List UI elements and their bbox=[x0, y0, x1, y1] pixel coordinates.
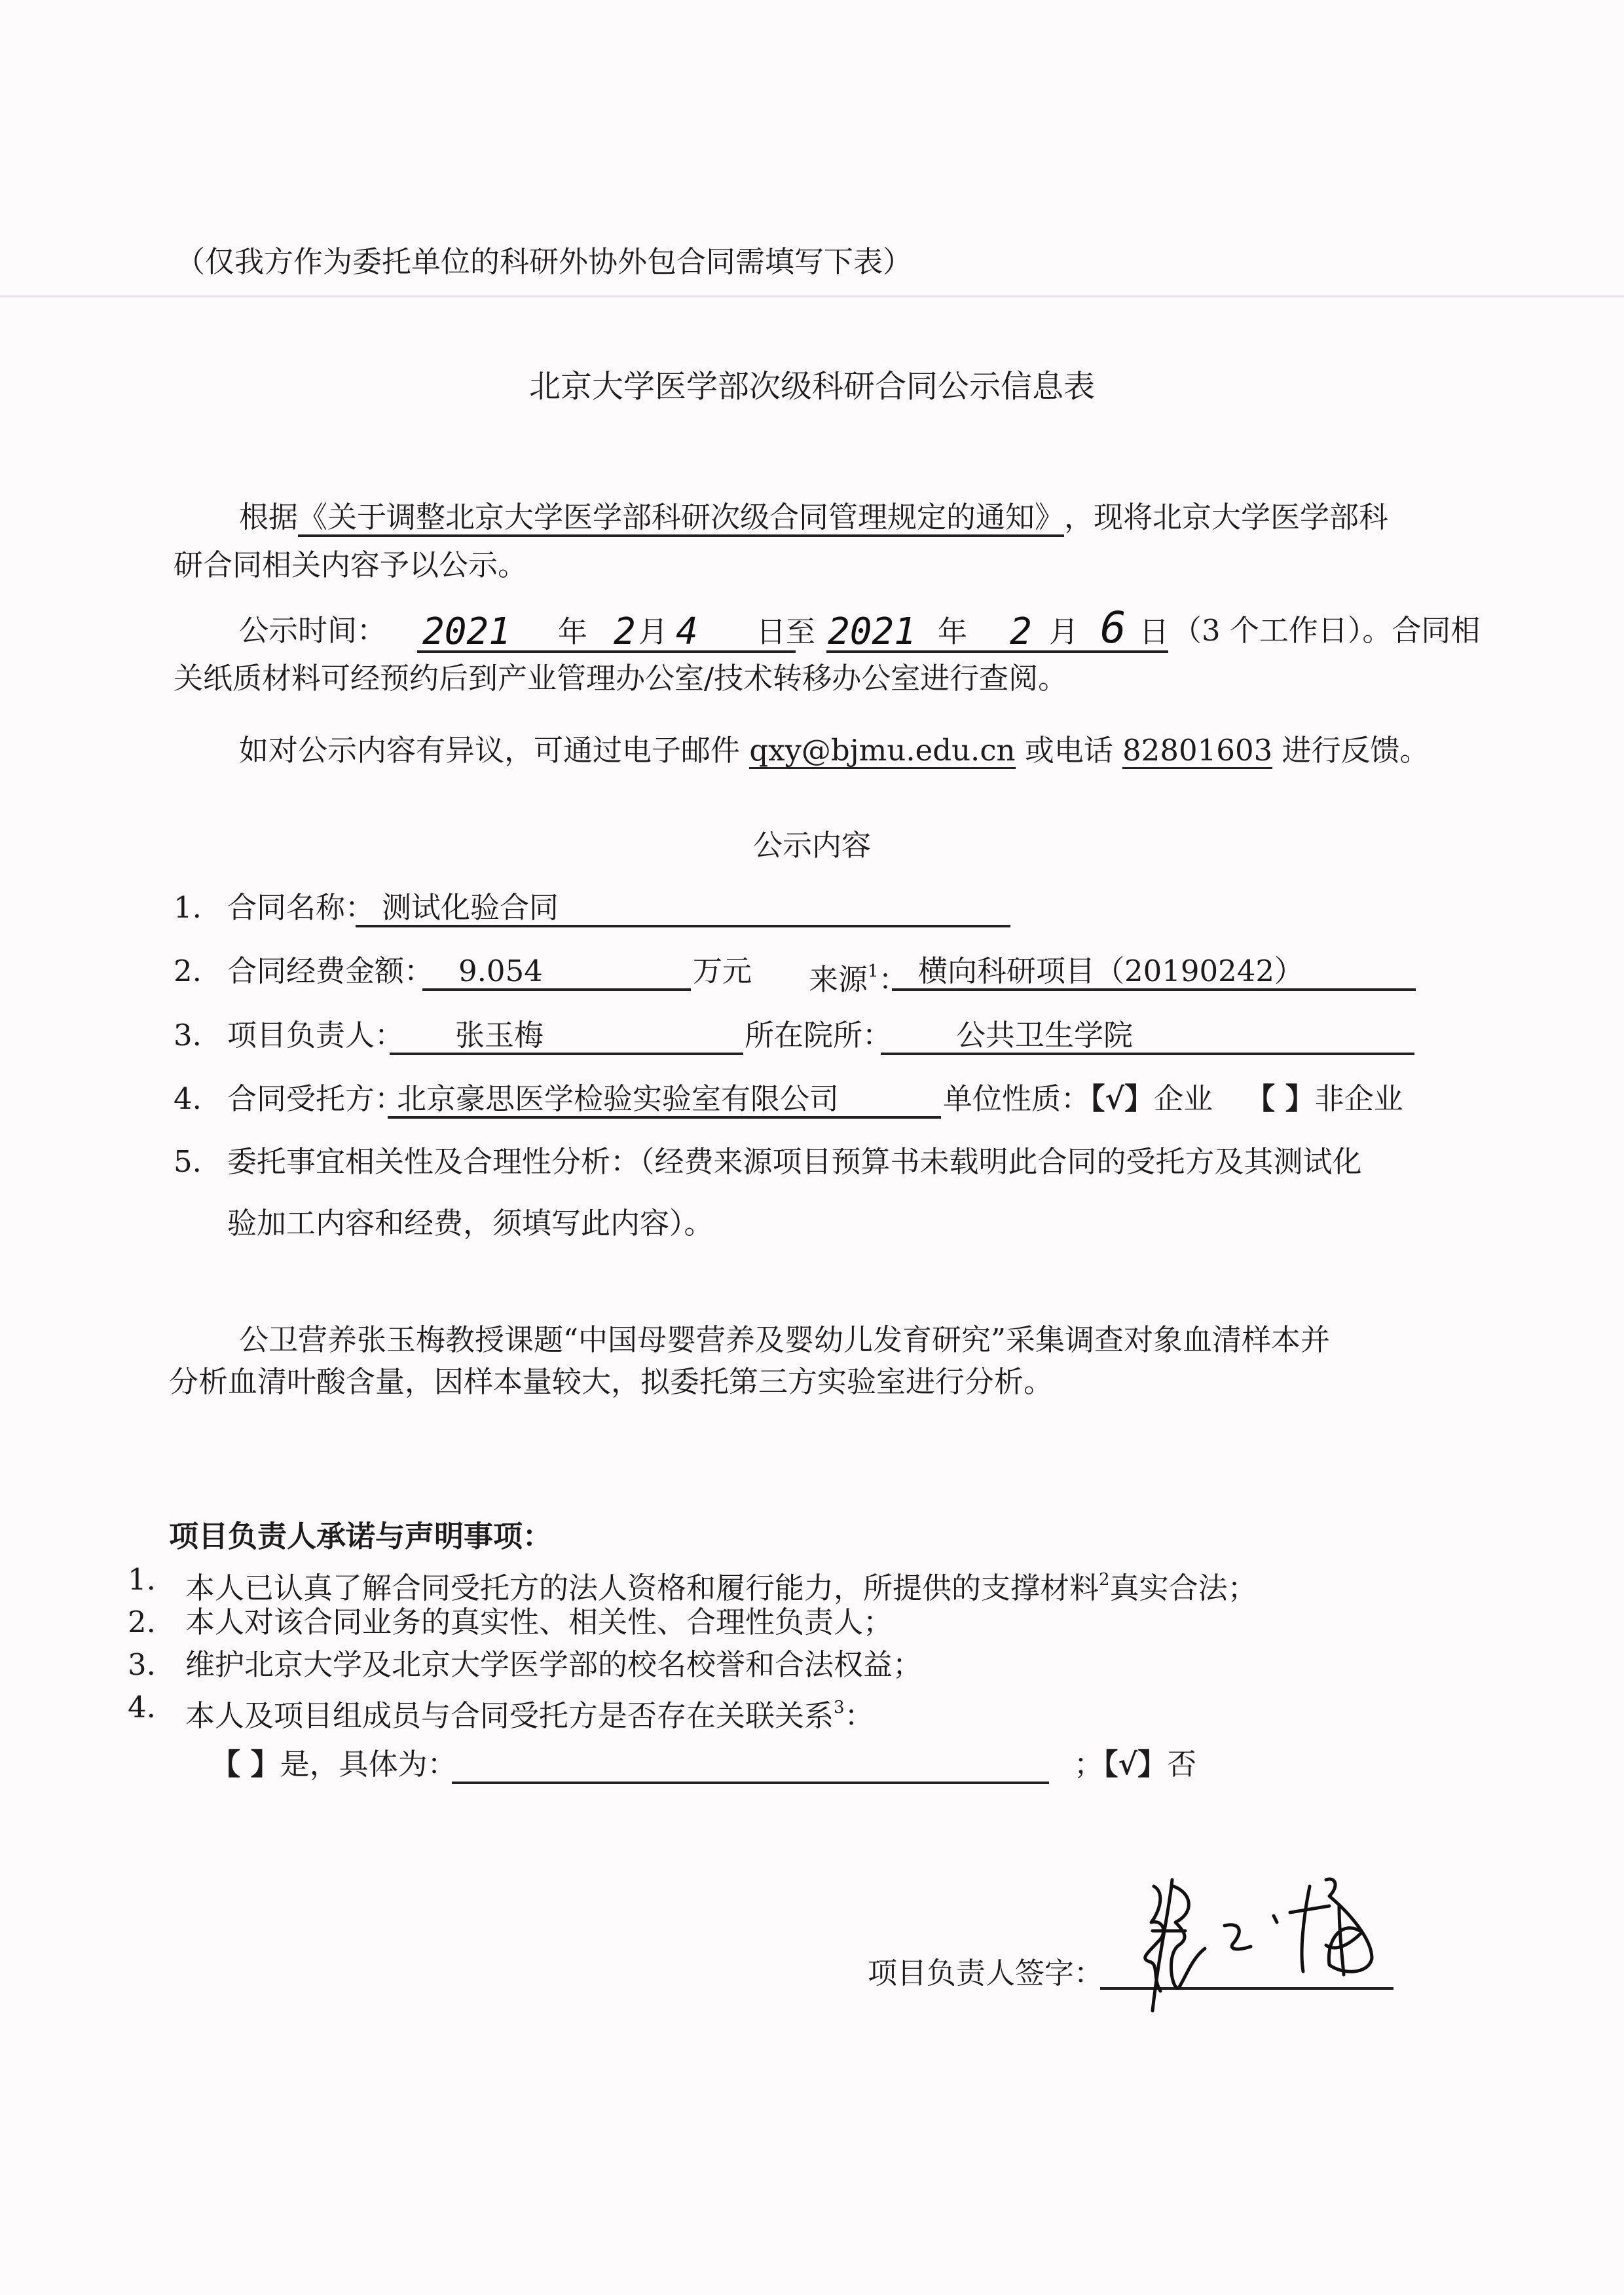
section-title: 公示内容 bbox=[0, 827, 1624, 864]
relation-no-label: 否 bbox=[1167, 1747, 1196, 1782]
item-label: 项目负责人： bbox=[227, 1017, 404, 1054]
contract-name-field[interactable]: 测试化验合同 bbox=[356, 889, 1010, 927]
day-to: 日至 bbox=[756, 614, 815, 650]
unit-nature-label: 单位性质： bbox=[943, 1081, 1090, 1116]
period-line-2: 关纸质材料可经预约后到产业管理办公室/技术转移办公室进行查阅。 bbox=[174, 660, 1067, 697]
enterprise-option-label: 企业 bbox=[1154, 1081, 1213, 1116]
relation-no-checkbox-checked[interactable]: 【√】 bbox=[1103, 1747, 1167, 1782]
department-label: 所在院所： bbox=[745, 1017, 892, 1054]
item-label: 合同经费金额： bbox=[227, 953, 434, 990]
item-number: 4. bbox=[128, 1689, 167, 1726]
regulation-link[interactable]: 《关于调整北京大学医学部科研次级合同管理规定的通知》 bbox=[298, 500, 1064, 537]
commitment-text: 本人及项目组成员与合同受托方是否存在关联关系3： bbox=[185, 1689, 874, 1734]
commitments-title: 项目负责人承诺与声明事项： bbox=[169, 1518, 552, 1555]
item-number: 2. bbox=[128, 1604, 167, 1641]
intro-line-2: 研合同相关内容予以公示。 bbox=[174, 547, 527, 584]
contact-line: 如对公示内容有异议，可通过电子邮件 qxy@bjmu.edu.cn 或电话 82… bbox=[239, 732, 1430, 769]
handwritten-signature bbox=[1113, 1860, 1388, 2017]
commitment-text: 维护北京大学及北京大学医学部的校名校誉和合法权益； bbox=[185, 1647, 922, 1683]
department-value: 公共卫生学院 bbox=[956, 1017, 1133, 1054]
contact-phone[interactable]: 82801603 bbox=[1122, 734, 1272, 769]
contract-amount-field[interactable]: 9.054 bbox=[422, 953, 691, 991]
intro-suffix: ，现将北京大学医学部科 bbox=[1064, 500, 1388, 534]
footnote-3: 3 bbox=[834, 1698, 845, 1717]
funding-source-value: 横向科研项目（20190242） bbox=[918, 953, 1304, 990]
commitment-text-tail: 真实合法； bbox=[1110, 1571, 1257, 1605]
footnote-1: 1 bbox=[868, 961, 879, 981]
relation-no-group: ；【√】否 bbox=[1074, 1746, 1196, 1783]
commitment-text-tail: ： bbox=[845, 1698, 874, 1733]
period-tail: （3 个工作日）。合同相 bbox=[1172, 612, 1480, 649]
instruction-note: （仅我方作为委托单位的科研外协外包合同需填写下表） bbox=[175, 244, 912, 280]
signature-label: 项目负责人签字： bbox=[868, 1955, 1103, 1992]
start-month-handwritten: 2 bbox=[614, 610, 636, 653]
end-month-handwritten: 2 bbox=[1010, 610, 1032, 653]
item-number: 3. bbox=[174, 1017, 213, 1054]
commitment-text: 本人已认真了解合同受托方的法人资格和履行能力，所提供的支撑材料2真实合法； bbox=[185, 1561, 1257, 1607]
source-label: 来源 bbox=[809, 962, 868, 997]
month-char: 月 bbox=[638, 614, 668, 650]
day-char: 日 bbox=[1139, 614, 1169, 650]
project-leader-field[interactable]: 张玉梅 bbox=[390, 1017, 743, 1055]
contact-email[interactable]: qxy@bjmu.edu.cn bbox=[749, 734, 1015, 769]
commitment-text-main: 本人及项目组成员与合同受托方是否存在关联关系 bbox=[185, 1698, 834, 1733]
year-char: 年 bbox=[938, 614, 967, 650]
relation-detail-field[interactable] bbox=[452, 1747, 1049, 1784]
month-char: 月 bbox=[1049, 614, 1079, 650]
item-number: 1. bbox=[174, 889, 213, 926]
contact-suffix: 进行反馈。 bbox=[1272, 733, 1429, 768]
end-day-handwritten: 6 bbox=[1100, 603, 1126, 653]
contract-name-value: 测试化验合同 bbox=[382, 889, 559, 926]
project-leader-value: 张玉梅 bbox=[455, 1017, 544, 1054]
relation-yes-label: 是，具体为： bbox=[280, 1747, 457, 1782]
commitment-text-main: 本人已认真了解合同受托方的法人资格和履行能力，所提供的支撑材料 bbox=[185, 1571, 1099, 1605]
contract-amount-value: 9.054 bbox=[458, 953, 543, 990]
analysis-line-2: 分析血清叶酸含量，因样本量较大，拟委托第三方实验室进行分析。 bbox=[169, 1364, 1053, 1400]
contact-middle: 或电话 bbox=[1016, 733, 1123, 768]
year-char: 年 bbox=[558, 614, 587, 650]
commitment-text: 本人对该合同业务的真实性、相关性、合理性负责人； bbox=[185, 1604, 893, 1641]
period-line-1: 公示时间： bbox=[239, 612, 386, 652]
funding-source-field[interactable]: 横向科研项目（20190242） bbox=[892, 953, 1416, 991]
relevance-analysis-line-2: 验加工内容和经费，须填写此内容）。 bbox=[227, 1205, 714, 1242]
non-enterprise-checkbox[interactable]: 【 】 bbox=[1246, 1081, 1315, 1116]
item-label: 委托事宜相关性及合理性分析：（经费来源项目预算书未载明此合同的受托方及其测试化 bbox=[227, 1144, 1362, 1180]
amount-unit: 万元 bbox=[693, 953, 752, 990]
contractor-value: 北京豪思医学检验实验室有限公司 bbox=[397, 1081, 839, 1117]
item-label: 合同受托方： bbox=[227, 1081, 404, 1117]
item-number: 3. bbox=[128, 1647, 167, 1683]
item-label: 合同名称： bbox=[227, 889, 375, 926]
item-number: 2. bbox=[174, 953, 213, 990]
end-year-handwritten: 2021 bbox=[828, 610, 916, 653]
page-title: 北京大学医学部次级科研合同公示信息表 bbox=[0, 367, 1624, 406]
department-field[interactable]: 公共卫生学院 bbox=[881, 1017, 1414, 1055]
enterprise-checkbox-checked[interactable]: 【√】 bbox=[1090, 1081, 1154, 1116]
relation-yes-group: 【 】是，具体为： bbox=[211, 1746, 457, 1783]
period-end-field[interactable]: 2021 年 2 月 6 日 bbox=[826, 612, 1168, 653]
intro-line-1: 根据《关于调整北京大学医学部科研次级合同管理规定的通知》，现将北京大学医学部科 bbox=[239, 499, 1388, 537]
unit-nature-group: 单位性质：【√】企业【 】非企业 bbox=[943, 1081, 1403, 1117]
contractor-field[interactable]: 北京豪思医学检验实验室有限公司 bbox=[388, 1081, 941, 1119]
period-start-field[interactable]: 2021 年 2 月 4 日至 bbox=[417, 612, 796, 653]
start-year-handwritten: 2021 bbox=[422, 610, 511, 653]
intro-prefix: 根据 bbox=[239, 500, 298, 534]
relation-yes-checkbox[interactable]: 【 】 bbox=[211, 1747, 280, 1782]
item-number: 5. bbox=[174, 1144, 213, 1180]
non-enterprise-option-label: 非企业 bbox=[1315, 1081, 1403, 1116]
period-label: 公示时间： bbox=[239, 613, 386, 648]
separator: ； bbox=[1074, 1747, 1103, 1782]
item-number: 1. bbox=[128, 1561, 167, 1598]
scan-divider-line bbox=[0, 295, 1624, 297]
start-day-handwritten: 4 bbox=[676, 610, 698, 653]
contact-prefix: 如对公示内容有异议，可通过电子邮件 bbox=[239, 733, 749, 768]
analysis-line-1: 公卫营养张玉梅教授课题“中国母婴营养及婴幼儿发育研究”采集调查对象血清样本并 bbox=[239, 1322, 1330, 1358]
footnote-2: 2 bbox=[1099, 1570, 1110, 1590]
item-number: 4. bbox=[174, 1081, 213, 1117]
